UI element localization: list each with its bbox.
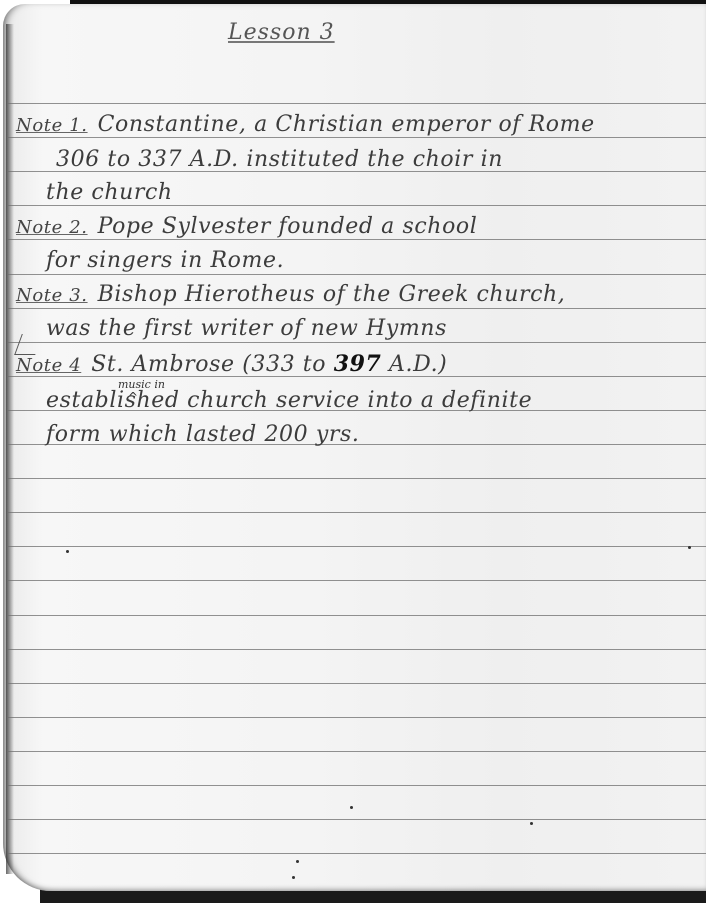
note-3-line-2: was the first writer of new Hymns (46, 316, 447, 341)
ruled-line (8, 478, 706, 479)
note-2-line-1: Note 2.Pope Sylvester founded a school (16, 214, 477, 239)
scan-speck (530, 822, 533, 825)
ruled-line (8, 103, 706, 104)
note-2-line-2: for singers in Rome. (46, 248, 284, 273)
ruled-line (8, 308, 706, 309)
note-3-text-2: was the first writer of new Hymns (46, 316, 447, 341)
ruled-line (8, 717, 706, 718)
note-3-text-1: Bishop Hierotheus of the Greek church, (98, 282, 566, 307)
ruled-line (8, 580, 706, 581)
emphasized-year: 397 (334, 351, 382, 377)
scan-speck (350, 806, 353, 809)
note-1-line-2: 306 to 337 A.D. instituted the choir in (56, 147, 503, 172)
note-4-text-2: established church service into a defini… (46, 388, 532, 413)
note-2-text-1: Pope Sylvester founded a school (98, 214, 478, 239)
binding-shadow (6, 24, 14, 874)
note-4-line-1: Note 4St. Ambrose (333 to 397 A.D.) (16, 351, 447, 377)
ruled-line (8, 342, 706, 343)
note-1-label: Note 1. (16, 115, 88, 136)
note-1-text-3: the church (46, 180, 173, 205)
ruled-line (8, 137, 706, 138)
note-4-label: Note 4 (16, 355, 81, 376)
note-1-line-3: the church (46, 180, 173, 205)
ruled-line (8, 546, 706, 547)
note-2-text-2: for singers in Rome. (46, 248, 284, 273)
ruled-line (8, 274, 706, 275)
ruled-line (8, 239, 706, 240)
scan-speck (688, 546, 691, 549)
note-1-line-1: Note 1.Constantine, a Christian emperor … (16, 112, 595, 137)
note-4-text-1: St. Ambrose (333 to 397 A.D.) (91, 352, 447, 377)
note-3-label: Note 3. (16, 285, 88, 306)
ruled-line (8, 205, 706, 206)
ruled-line (8, 649, 706, 650)
scan-speck (296, 860, 299, 863)
ruled-line (8, 751, 706, 752)
ruled-line (8, 683, 706, 684)
ruled-line (8, 819, 706, 820)
note-4-line-3: form which lasted 200 yrs. (46, 422, 359, 447)
note-2-label: Note 2. (16, 217, 88, 238)
ruled-line (8, 853, 706, 854)
ruled-line (8, 615, 706, 616)
ruled-line (8, 512, 706, 513)
note-1-text-1: Constantine, a Christian emperor of Rome (98, 112, 595, 137)
note-3-line-1: Note 3.Bishop Hierotheus of the Greek ch… (16, 282, 565, 307)
scan-speck (292, 876, 295, 879)
page-title: Lesson 3 (228, 20, 335, 45)
ruled-line (8, 785, 706, 786)
scan-speck (66, 550, 69, 553)
note-4-text-3: form which lasted 200 yrs. (46, 422, 359, 447)
note-1-text-2: 306 to 337 A.D. instituted the choir in (56, 147, 503, 172)
note-4-line-2: established church service into a defini… (46, 388, 532, 413)
